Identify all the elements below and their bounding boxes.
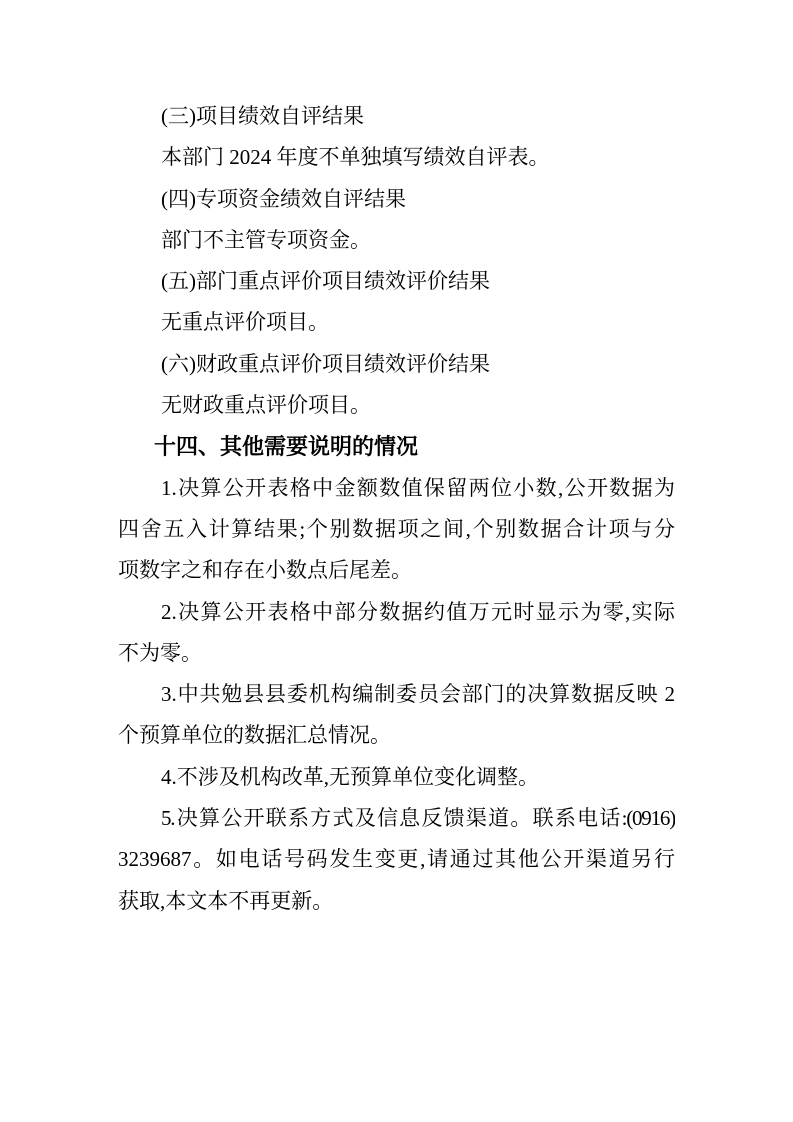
note-5-line-1: 5.决算公开联系方式及信息反馈渠道。联系电话:(0916) bbox=[118, 798, 675, 839]
subsection-body-6: 无财政重点评价项目。 bbox=[118, 385, 675, 426]
note-3-line-2: 个预算单位的数据汇总情况。 bbox=[118, 715, 675, 756]
subsection-body-3: 本部门 2024 年度不单独填写绩效自评表。 bbox=[118, 137, 675, 178]
note-1-line-1: 1.决算公开表格中金额数值保留两位小数,公开数据为 bbox=[118, 468, 675, 509]
note-1-line-3: 项数字之和存在小数点后尾差。 bbox=[118, 550, 675, 591]
document-page: (三)项目绩效自评结果 本部门 2024 年度不单独填写绩效自评表。 (四)专项… bbox=[0, 0, 793, 1122]
note-5-line-2: 3239687。如电话号码发生变更,请通过其他公开渠道另行 bbox=[118, 839, 675, 880]
subsection-title-6: (六)财政重点评价项目绩效评价结果 bbox=[118, 344, 675, 385]
subsection-body-5: 无重点评价项目。 bbox=[118, 302, 675, 343]
subsection-title-3: (三)项目绩效自评结果 bbox=[118, 96, 675, 137]
note-2-line-2: 不为零。 bbox=[118, 633, 675, 674]
subsection-title-4: (四)专项资金绩效自评结果 bbox=[118, 179, 675, 220]
note-3-line-1: 3.中共勉县县委机构编制委员会部门的决算数据反映 2 bbox=[118, 674, 675, 715]
note-1-line-2: 四舍五入计算结果;个别数据项之间,个别数据合计项与分 bbox=[118, 509, 675, 550]
note-4-line-1: 4.不涉及机构改革,无预算单位变化调整。 bbox=[118, 757, 675, 798]
section-heading-14: 十四、其他需要说明的情况 bbox=[118, 426, 675, 467]
subsection-title-5: (五)部门重点评价项目绩效评价结果 bbox=[118, 261, 675, 302]
note-5-line-3: 获取,本文本不再更新。 bbox=[118, 881, 675, 922]
note-2-line-1: 2.决算公开表格中部分数据约值万元时显示为零,实际 bbox=[118, 592, 675, 633]
document-content: (三)项目绩效自评结果 本部门 2024 年度不单独填写绩效自评表。 (四)专项… bbox=[118, 96, 675, 922]
subsection-body-4: 部门不主管专项资金。 bbox=[118, 220, 675, 261]
